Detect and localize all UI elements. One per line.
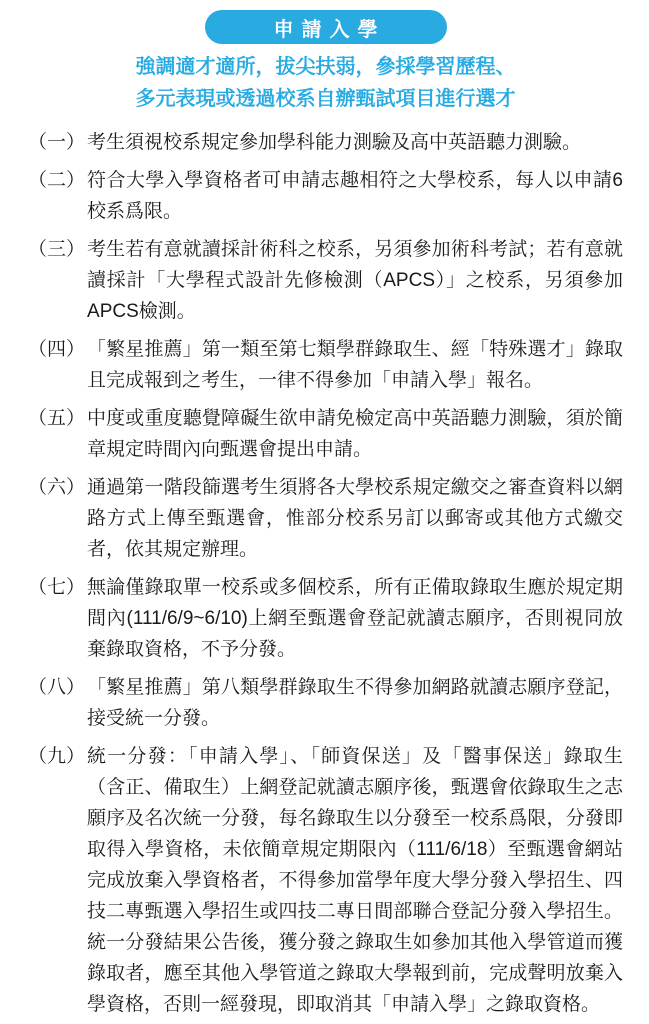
list-item-number: （八）	[28, 672, 85, 703]
list-item-text: 「繁星推薦」第八類學群錄取生不得參加網路就讀志願序登記，接受統一分發。	[87, 672, 623, 734]
section-subtitle-line1: 強調適才適所，拔尖扶弱，參採學習歷程、	[28, 51, 623, 83]
list-item-text: 通過第一階段篩選考生須將各大學校系規定繳交之審查資料以網路方式上傳至甄選會，惟部…	[87, 472, 623, 565]
list-item: （八） 「繁星推薦」第八類學群錄取生不得參加網路就讀志願序登記，接受統一分發。	[28, 672, 623, 734]
list-item-text: 符合大學入學資格者可申請志趣相符之大學校系，每人以申請6校系爲限。	[87, 165, 623, 227]
list-item-number: （七）	[28, 572, 85, 603]
list-item: （五） 中度或重度聽覺障礙生欲申請免檢定高中英語聽力測驗，須於簡章規定時間內向甄…	[28, 403, 623, 465]
list-item: （三） 考生若有意就讀採計術科之校系，另須參加術科考試；若有意就讀採計「大學程式…	[28, 234, 623, 327]
list-item-text: 考生若有意就讀採計術科之校系，另須參加術科考試；若有意就讀採計「大學程式設計先修…	[87, 234, 623, 327]
list-item: （六） 通過第一階段篩選考生須將各大學校系規定繳交之審查資料以網路方式上傳至甄選…	[28, 472, 623, 565]
list-item-number: （九）	[28, 741, 85, 772]
document-page: 申請入學 強調適才適所，拔尖扶弱，參採學習歷程、 多元表現或透過校系自辦甄試項目…	[0, 0, 649, 1024]
section-subtitle: 強調適才適所，拔尖扶弱，參採學習歷程、 多元表現或透過校系自辦甄試項目進行選才	[28, 51, 623, 115]
list-item-text: 無論僅錄取單一校系或多個校系，所有正備取錄取生應於規定期間內(111/6/9~6…	[87, 572, 623, 665]
list-item: （一） 考生須視校系規定參加學科能力測驗及高中英語聽力測驗。	[28, 127, 623, 158]
list-item-text: 考生須視校系規定參加學科能力測驗及高中英語聽力測驗。	[87, 127, 623, 158]
section-badge: 申請入學	[205, 10, 447, 44]
list-item-text: 「繁星推薦」第一類至第七類學群錄取生、經「特殊選才」錄取且完成報到之考生，一律不…	[87, 334, 623, 396]
list-item-number: （一）	[28, 127, 85, 158]
list-item-number: （三）	[28, 234, 85, 265]
list-item: （七） 無論僅錄取單一校系或多個校系，所有正備取錄取生應於規定期間內(111/6…	[28, 572, 623, 665]
section-badge-label: 申請入學	[266, 13, 386, 42]
list-item-text: 中度或重度聽覺障礙生欲申請免檢定高中英語聽力測驗，須於簡章規定時間內向甄選會提出…	[87, 403, 623, 465]
list-item-number: （二）	[28, 165, 85, 196]
numbered-list: （一） 考生須視校系規定參加學科能力測驗及高中英語聽力測驗。 （二） 符合大學入…	[28, 127, 623, 1020]
section-subtitle-line2: 多元表現或透過校系自辦甄試項目進行選才	[28, 83, 623, 115]
list-item: （四） 「繁星推薦」第一類至第七類學群錄取生、經「特殊選才」錄取且完成報到之考生…	[28, 334, 623, 396]
list-item-number: （六）	[28, 472, 85, 503]
list-item: （二） 符合大學入學資格者可申請志趣相符之大學校系，每人以申請6校系爲限。	[28, 165, 623, 227]
list-item-number: （五）	[28, 403, 85, 434]
list-item-text: 統一分發：「申請入學」、「師資保送」及「醫事保送」錄取生（含正、備取生）上網登記…	[87, 741, 623, 1020]
list-item-number: （四）	[28, 334, 85, 365]
list-item: （九） 統一分發：「申請入學」、「師資保送」及「醫事保送」錄取生（含正、備取生）…	[28, 741, 623, 1020]
